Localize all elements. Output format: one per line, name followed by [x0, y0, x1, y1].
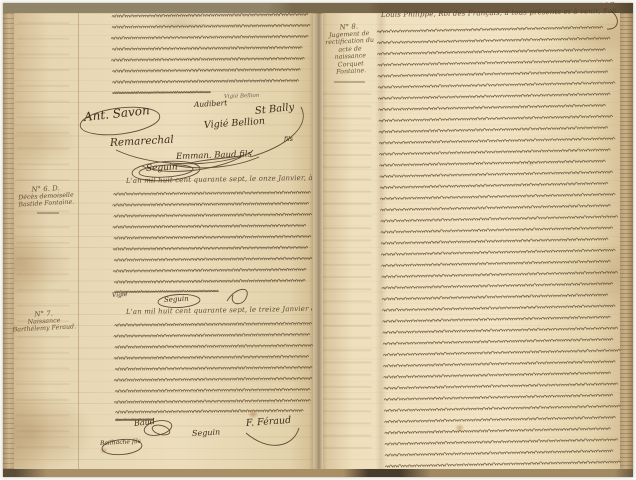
- margin-note-act8-text: Jugement de rectification du acte de nai…: [321, 30, 379, 77]
- ruled-lines-left: [14, 13, 313, 469]
- margin-note-act7: N° 7. Naissance Barthélemy Féraud.: [9, 308, 78, 334]
- scanned-register-photo: 112 N° 6. D. Décès demoiselle Bastide Fo…: [0, 0, 636, 480]
- left-margin-rule: [78, 13, 79, 469]
- margin-note-act8: N° 8. Jugement de rectification du acte …: [321, 22, 380, 77]
- signature-audibert: Audibert: [194, 98, 228, 109]
- book-edge-bottom: [3, 469, 633, 477]
- open-register-book: [3, 3, 633, 477]
- signature-seguin-mid: Seguin: [164, 295, 189, 304]
- left-page: [14, 13, 313, 469]
- book-gutter: [309, 13, 327, 469]
- margin-note-act6: N° 6. D. Décès demoiselle Bastide Fontai…: [13, 183, 78, 209]
- right-page: [323, 13, 620, 469]
- signature-vigie-mid: Vigié: [112, 291, 128, 299]
- right-page-fold-shadow: [375, 13, 387, 469]
- ruled-lines-right: [323, 13, 620, 469]
- signature-vigie-bellion-small: Vigié Bellion: [224, 93, 260, 100]
- signature-bally-fils: fils: [284, 136, 293, 143]
- signature-seguin-top: Seguin: [146, 162, 178, 174]
- book-edge-left: [3, 13, 14, 469]
- signature-seguin-bottom: Seguin: [192, 428, 221, 438]
- book-edge-right: [620, 13, 633, 469]
